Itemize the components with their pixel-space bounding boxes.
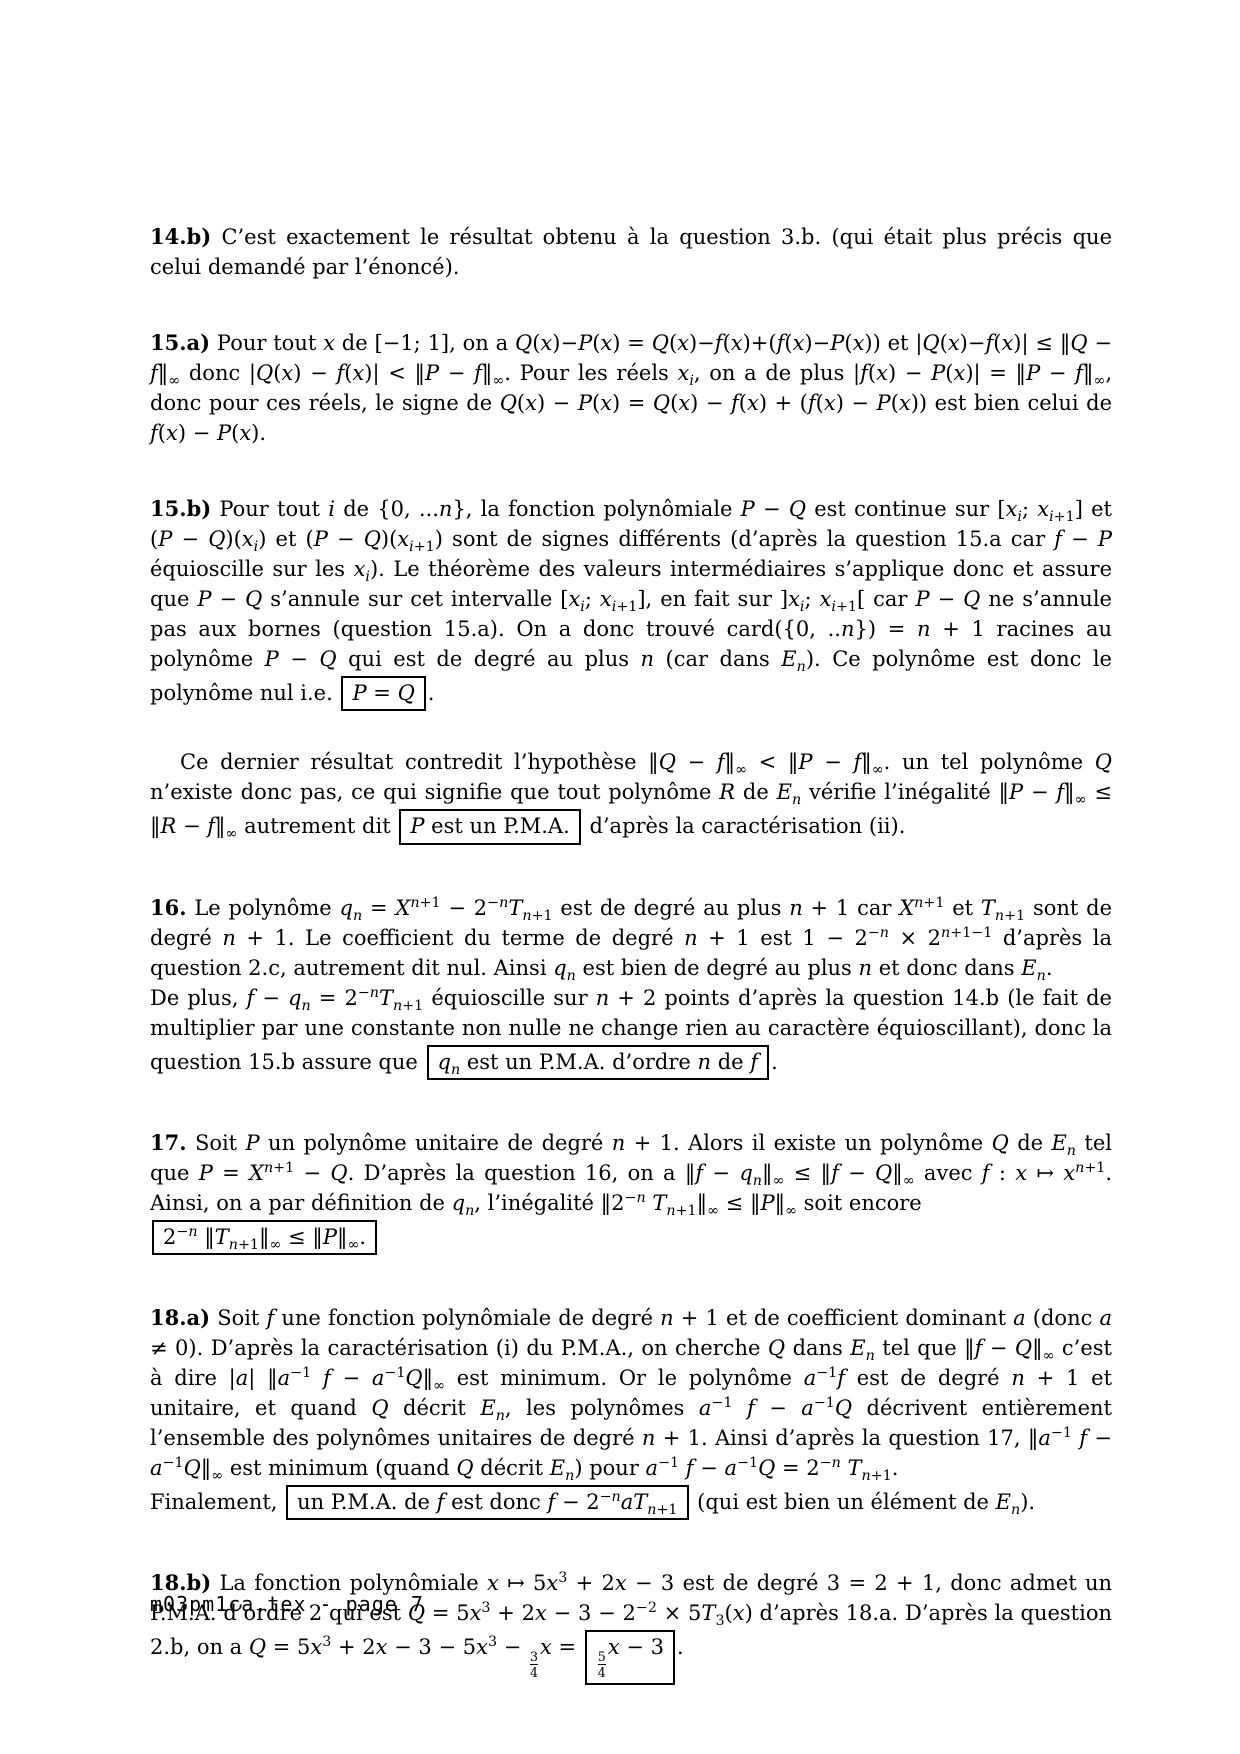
- question-number-18a: 18.a): [150, 1305, 210, 1330]
- solution-18b: 18.b) La fonction polynômiale x ↦ 5x3 + …: [150, 1568, 1112, 1687]
- solution-text-16: Le polynôme qn = Xn+1 − 2−nTn+1 est de d…: [150, 896, 1112, 1074]
- solution-17: 17. Soit P un polynôme unitaire de degré…: [150, 1128, 1112, 1257]
- solution-18a: 18.a) Soit f une fonction polynômiale de…: [150, 1303, 1112, 1522]
- document-page: 14.b) C’est exactement le résultat obten…: [0, 0, 1240, 1754]
- solution-text-15b: Pour tout i de {0, ...n}, la fonction po…: [150, 497, 1112, 705]
- question-number-15b: 15.b): [150, 496, 211, 521]
- solution-text-18a: Soit f une fonction polynômiale de degré…: [150, 1306, 1112, 1514]
- solution-text-15a: Pour tout x de [−1; 1], on a Q(x)−P(x) =…: [150, 331, 1112, 445]
- question-number-15a: 15.a): [150, 330, 210, 355]
- solution-15b-conclusion: Ce dernier résultat contredit l’hypothès…: [150, 747, 1112, 846]
- solution-15a: 15.a) Pour tout x de [−1; 1], on a Q(x)−…: [150, 328, 1112, 448]
- solution-text-17: Soit P un polynôme unitaire de degré n +…: [150, 1131, 1112, 1249]
- question-number-17: 17.: [150, 1130, 187, 1155]
- solution-14b: 14.b) C’est exactement le résultat obten…: [150, 222, 1112, 282]
- question-number-16: 16.: [150, 895, 187, 920]
- solution-text-14b: C’est exactement le résultat obtenu à la…: [150, 225, 1112, 279]
- question-number-14b: 14.b): [150, 224, 211, 249]
- solution-text-15b-conclusion: Ce dernier résultat contredit l’hypothès…: [150, 750, 1112, 838]
- footer-filename-page: m03pm1ca.tex - page 7: [150, 1592, 424, 1616]
- solution-16: 16. Le polynôme qn = Xn+1 − 2−nTn+1 est …: [150, 893, 1112, 1082]
- solution-15b: 15.b) Pour tout i de {0, ...n}, la fonct…: [150, 494, 1112, 713]
